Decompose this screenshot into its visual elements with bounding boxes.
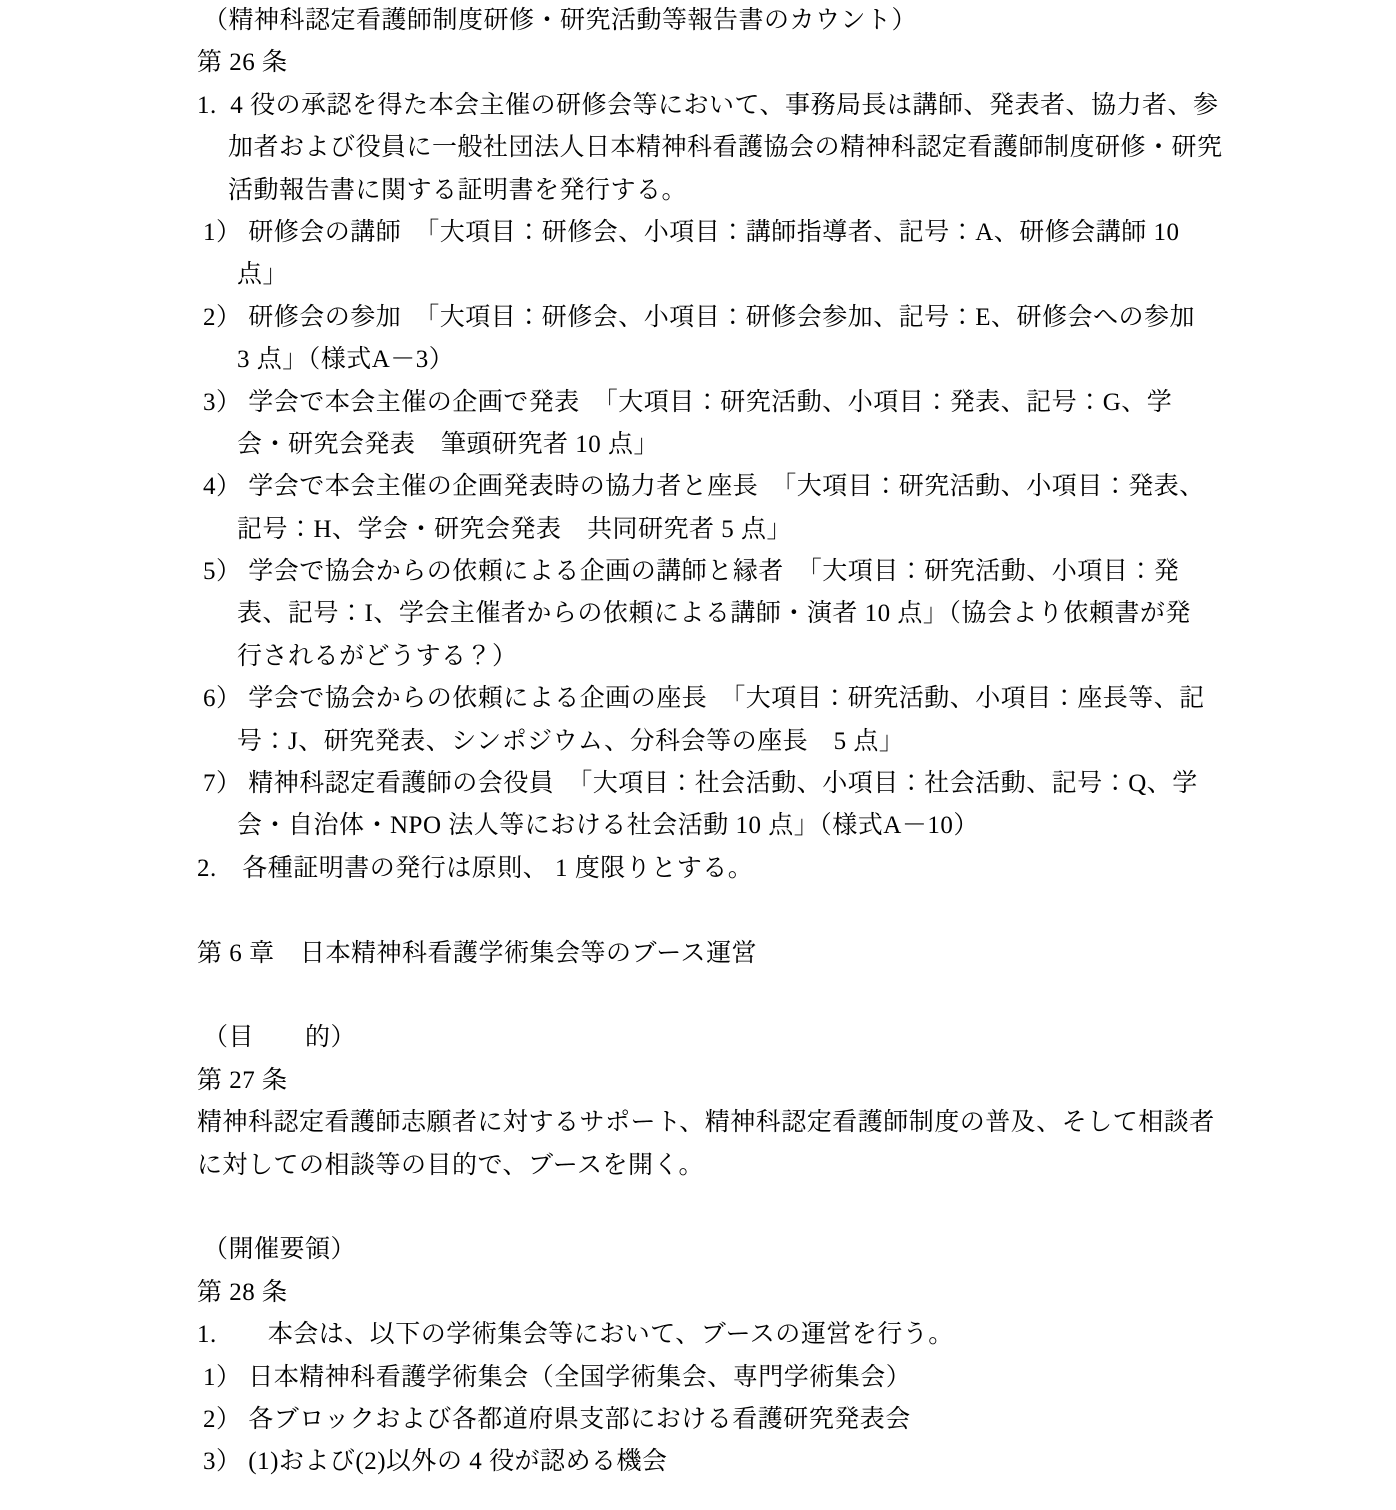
article-28-sub-2: 2） 各ブロックおよび各都道府県支部における看護研究発表会	[197, 1399, 1257, 1441]
article-26-item-1-line-3: 活動報告書に関する証明書を発行する。	[197, 170, 1257, 212]
article-28-number: 第 28 条	[197, 1272, 1257, 1314]
article-26-sub-7-line-1: 7） 精神科認定看護師の会役員 「大項目：社会活動、小項目：社会活動、記号：Q、…	[197, 763, 1257, 805]
article-26-sub-4-line-1: 4） 学会で本会主催の企画発表時の協力者と座長 「大項目：研究活動、小項目：発表…	[197, 466, 1257, 508]
article-26-sub-1-line-1: 1） 研修会の講師 「大項目：研修会、小項目：講師指導者、記号：A、研修会講師 …	[197, 212, 1257, 254]
article-26-sub-3-line-1: 3） 学会で本会主催の企画で発表 「大項目：研究活動、小項目：発表、記号：G、学	[197, 382, 1257, 424]
document-page: （精神科認定看護師制度研修・研究活動等報告書のカウント） 第 26 条 1. 4…	[0, 0, 1396, 1510]
article-28-item-1: 1. 本会は、以下の学術集会等において、ブースの運営を行う。	[197, 1314, 1257, 1356]
article-26-sub-6-line-2: 号：J、研究発表、シンポジウム、分科会等の座長 5 点」	[197, 721, 1257, 763]
article-26-item-2: 2. 各種証明書の発行は原則、 1 度限りとする。	[197, 848, 1257, 890]
article-27-body-line-1: 精神科認定看護師志願者に対するサポート、精神科認定看護師制度の普及、そして相談者	[197, 1102, 1257, 1144]
article-26-sub-4-line-2: 記号：H、学会・研究会発表 共同研究者 5 点」	[197, 509, 1257, 551]
article-28-sub-1: 1） 日本精神科看護学術集会（全国学術集会、専門学術集会）	[197, 1357, 1257, 1399]
article-26-sub-1-line-2: 点」	[197, 254, 1257, 296]
article-26-item-1-line-1: 1. 4 役の承認を得た本会主催の研修会等において、事務局長は講師、発表者、協力…	[197, 85, 1257, 127]
article-26-sub-5-line-3: 行されるがどうする？）	[197, 636, 1257, 678]
article-26-sub-2-line-2: 3 点」（様式A－3）	[197, 339, 1257, 381]
article-26-number: 第 26 条	[197, 42, 1257, 84]
article-26-sub-7-line-2: 会・自治体・NPO 法人等における社会活動 10 点」（様式A－10）	[197, 805, 1257, 847]
article-26-sub-3-line-2: 会・研究会発表 筆頭研究者 10 点」	[197, 424, 1257, 466]
article-27-number: 第 27 条	[197, 1060, 1257, 1102]
article-26-sub-5-line-2: 表、記号：I、学会主催者からの依頼による講師・演者 10 点」（協会より依頼書が…	[197, 593, 1257, 635]
article-26-sub-2-line-1: 2） 研修会の参加 「大項目：研修会、小項目：研修会参加、記号：E、研修会への参…	[197, 297, 1257, 339]
article-27-body-line-2: に対しての相談等の目的で、ブースを開く。	[197, 1145, 1257, 1187]
article-26-sub-5-line-1: 5） 学会で協会からの依頼による企画の講師と縁者 「大項目：研究活動、小項目：発	[197, 551, 1257, 593]
heading-purpose: （目 的）	[197, 1017, 1257, 1059]
chapter-6-heading: 第 6 章 日本精神科看護学術集会等のブース運営	[197, 933, 1257, 975]
heading-outline: （開催要領）	[197, 1229, 1257, 1271]
article-28-sub-3: 3） (1)および(2)以外の 4 役が認める機会	[197, 1441, 1257, 1483]
document-content: （精神科認定看護師制度研修・研究活動等報告書のカウント） 第 26 条 1. 4…	[197, 0, 1257, 1484]
article-26-sub-6-line-1: 6） 学会で協会からの依頼による企画の座長 「大項目：研究活動、小項目：座長等、…	[197, 678, 1257, 720]
article-26-item-1-line-2: 加者および役員に一般社団法人日本精神科看護協会の精神科認定看護師制度研修・研究	[197, 127, 1257, 169]
heading-report-count: （精神科認定看護師制度研修・研究活動等報告書のカウント）	[197, 0, 1257, 42]
